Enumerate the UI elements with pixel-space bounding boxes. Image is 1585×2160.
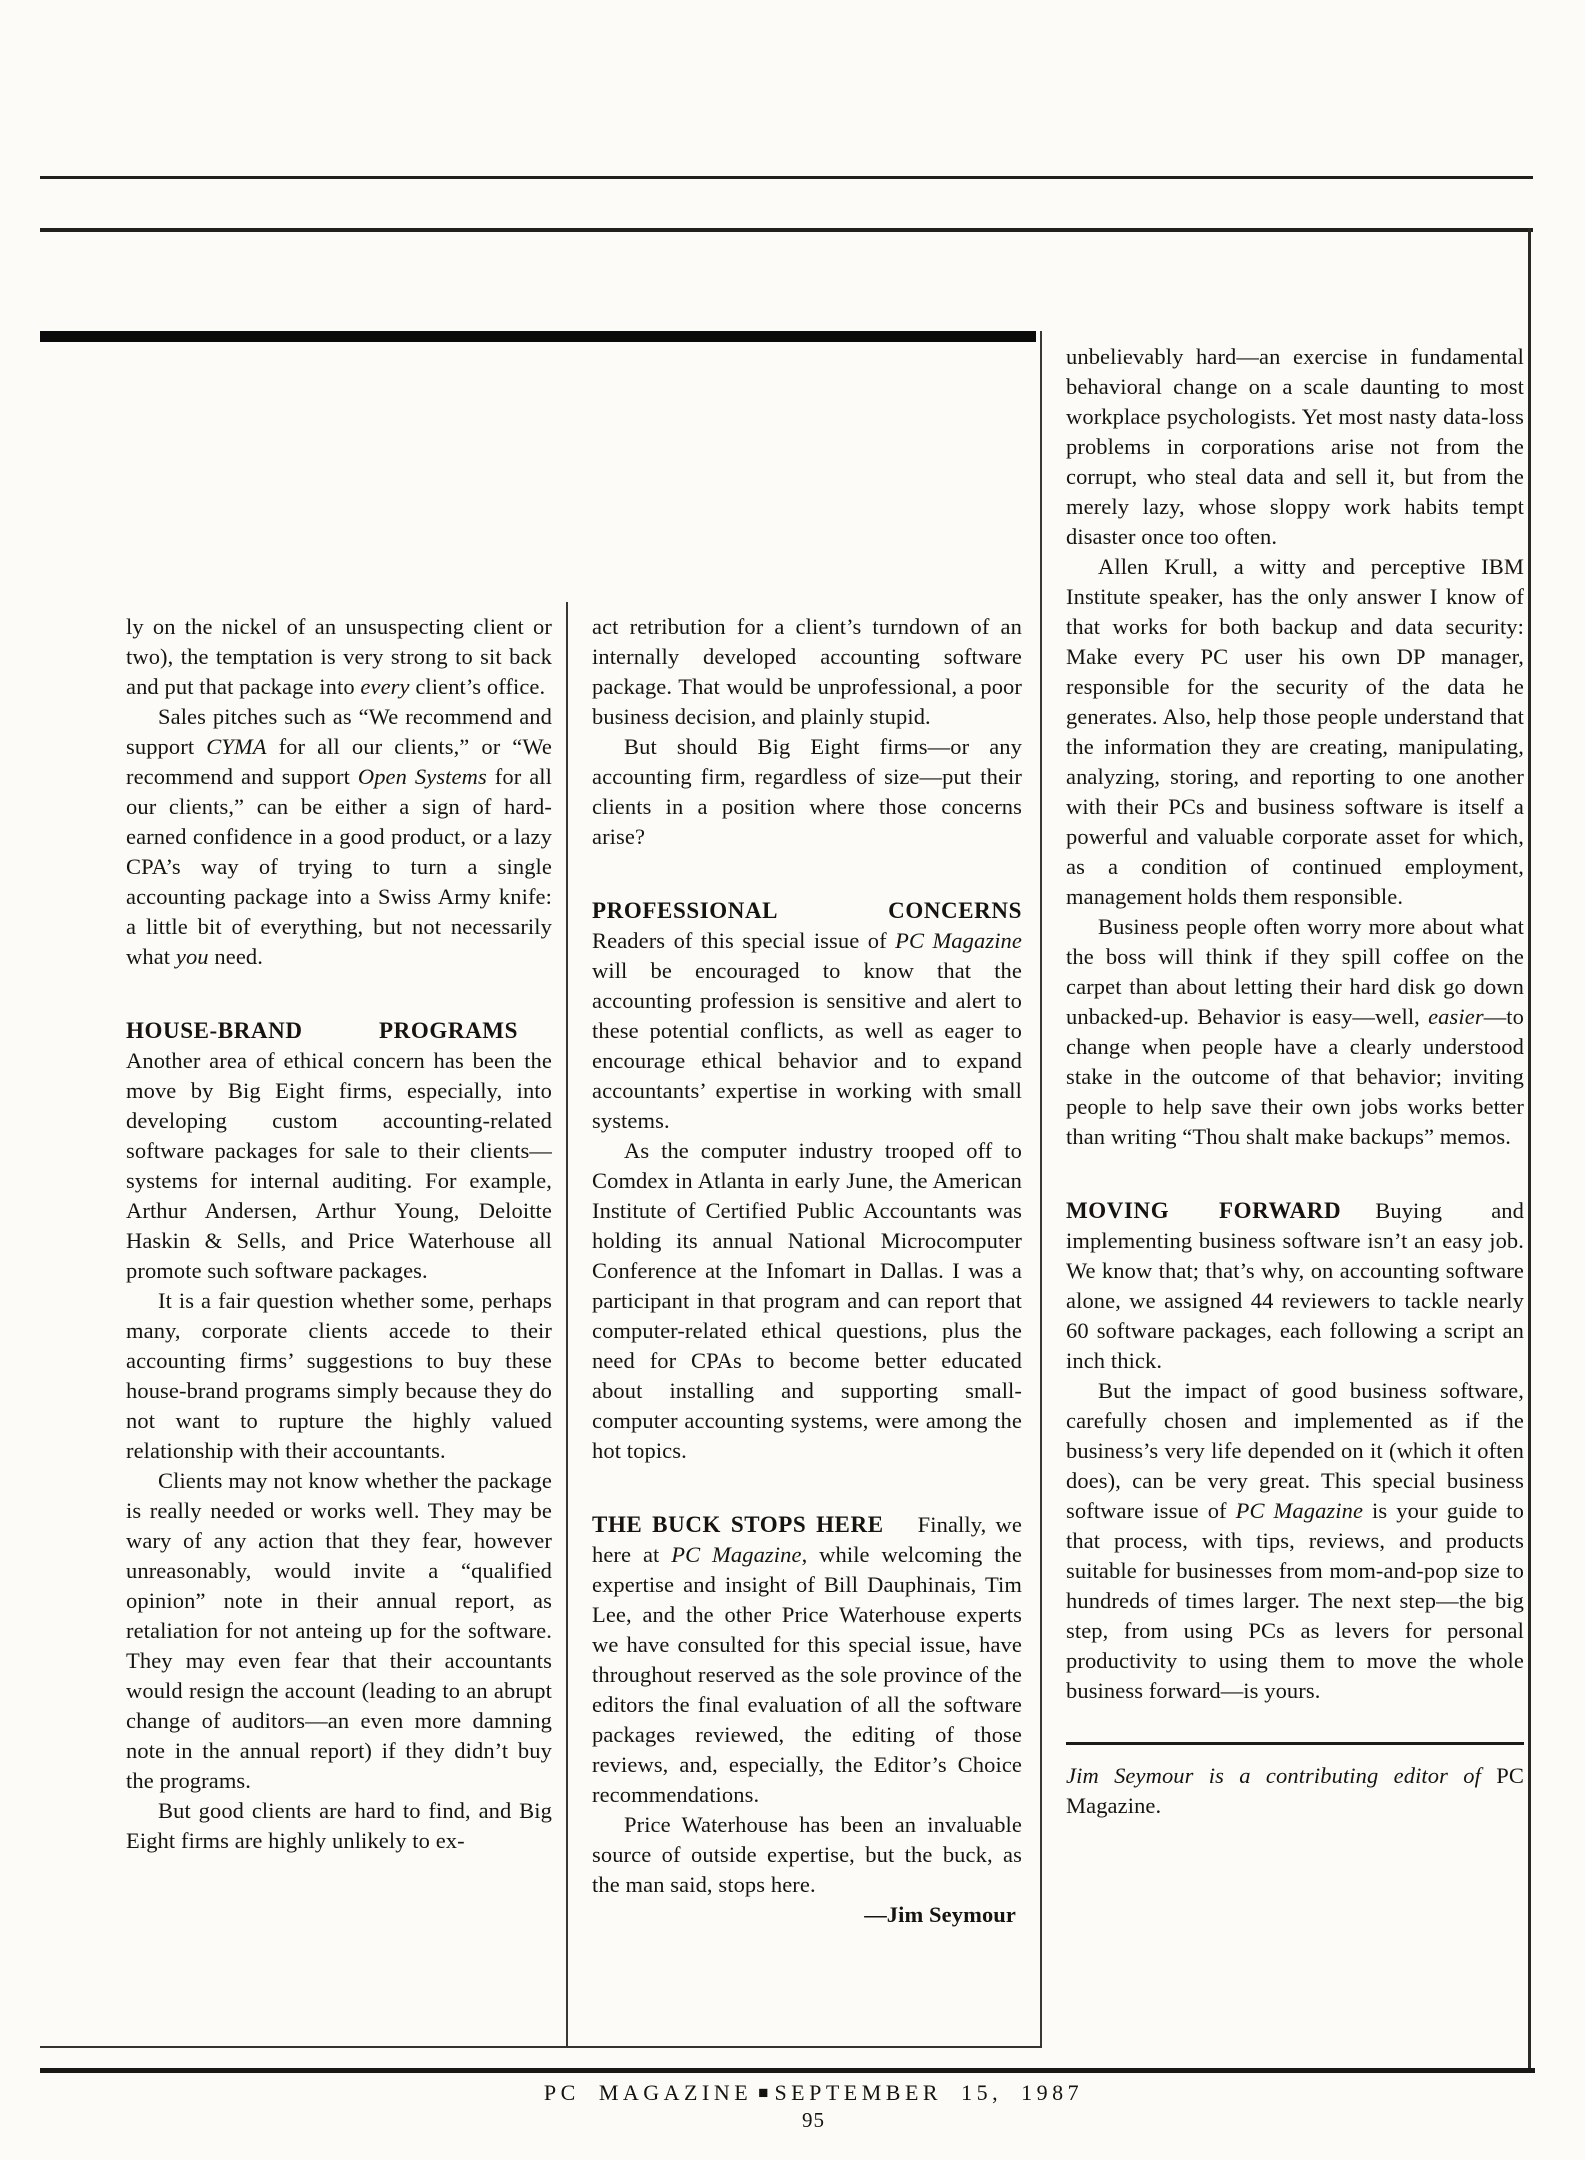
text-run: , while welcoming the expertise and insi… [592, 1542, 1022, 1807]
article-column-middle: act retribution for a client’s turndown … [592, 612, 1022, 2046]
text-run-italic: every [360, 674, 409, 699]
text-run: It is a fair question whether some, perh… [126, 1288, 552, 1463]
text-run: is your guide to that process, with tips… [1066, 1498, 1524, 1703]
article-column-right: unbelievably hard—an exercise in fundame… [1066, 342, 1524, 2050]
author-bio: Jim Seymour is a contributing editor of … [1066, 1742, 1524, 1821]
text-run: But good clients are hard to find, and B… [126, 1798, 552, 1853]
text-run: Clients may not know whether the package… [126, 1468, 552, 1793]
square-bullet-icon: ■ [752, 2083, 774, 2102]
bottom-rule-heavy [40, 2068, 1535, 2073]
paragraph: But the impact of good business software… [1066, 1376, 1524, 1706]
text-run: But should Big Eight firms—or any accoun… [592, 734, 1022, 849]
text-run: Price Waterhouse has been an invaluable … [592, 1812, 1022, 1897]
text-run: will be encouraged to know that the acco… [592, 958, 1022, 1133]
text-run: Buying and implementing business softwar… [1066, 1198, 1524, 1373]
text-run: for all our clients,” can be either a si… [126, 764, 552, 969]
paragraph: act retribution for a client’s turndown … [592, 612, 1022, 732]
page-right-border [1528, 228, 1531, 2070]
magazine-page: ly on the nickel of an unsuspecting clie… [0, 0, 1585, 2160]
text-run-italic: easier [1428, 1004, 1484, 1029]
run-in-heading: HOUSE-BRAND PROGRAMS [126, 1018, 552, 1043]
paragraph: It is a fair question whether some, perh… [126, 1286, 552, 1466]
paragraph: As the computer industry trooped off to … [592, 1136, 1022, 1466]
header-crop-bar [40, 331, 1036, 342]
text-run-italic: PC Magazine [671, 1542, 801, 1567]
section-heading: PROFESSIONAL CONCERNS [592, 896, 1022, 926]
bottom-rule-thin [40, 2046, 1042, 2048]
paragraph: But good clients are hard to find, and B… [126, 1796, 552, 1856]
paragraph: Price Waterhouse has been an invaluable … [592, 1810, 1022, 1900]
text-run-italic: CYMA [206, 734, 266, 759]
text-run: client’s office. [410, 674, 546, 699]
text-run: unbelievably hard—an exercise in fundame… [1066, 344, 1524, 549]
text-run: need. [209, 944, 263, 969]
paragraph: ly on the nickel of an unsuspecting clie… [126, 612, 552, 702]
article-column-left: ly on the nickel of an unsuspecting clie… [126, 612, 552, 2046]
text-run: As the computer industry trooped off to … [592, 1138, 1022, 1463]
paragraph: But should Big Eight firms—or any accoun… [592, 732, 1022, 852]
paragraph: Allen Krull, a witty and perceptive IBM … [1066, 552, 1524, 912]
run-in-heading: MOVING FORWARD [1066, 1198, 1375, 1223]
footer-magazine-line: PC MAGAZINE■SEPTEMBER 15, 1987 [90, 2080, 1537, 2106]
paragraph: unbelievably hard—an exercise in fundame… [1066, 342, 1524, 552]
byline-signature: —Jim Seymour [592, 1900, 1022, 1930]
column-divider-right [1040, 331, 1042, 2046]
text-run-italic: Open Systems [358, 764, 487, 789]
column-divider-left [566, 602, 568, 2046]
text-run-bold: —Jim Seymour [864, 1902, 1016, 1927]
paragraph: THE BUCK STOPS HEREFinally, we here at P… [592, 1510, 1022, 1810]
text-run-italic: PC Magazine [1236, 1498, 1363, 1523]
text-run: Allen Krull, a witty and perceptive IBM … [1066, 554, 1524, 909]
run-in-heading: THE BUCK STOPS HERE [592, 1512, 918, 1537]
text-run: act retribution for a client’s turndown … [592, 614, 1022, 729]
top-rule-2 [40, 228, 1533, 232]
text-run-italic: PC Magazine [895, 928, 1022, 953]
top-rule-1 [40, 176, 1533, 179]
text-run: Another area of ethical concern has been… [126, 1048, 552, 1283]
text-run-italic: you [176, 944, 209, 969]
paragraph: Business people often worry more about w… [1066, 912, 1524, 1152]
paragraph: Readers of this special issue of PC Maga… [592, 926, 1022, 1136]
paragraph: Clients may not know whether the package… [126, 1466, 552, 1796]
footer-date: SEPTEMBER 15, 1987 [774, 2080, 1083, 2105]
paragraph: HOUSE-BRAND PROGRAMSAnother area of ethi… [126, 1016, 552, 1286]
footer-brand: PC MAGAZINE [544, 2080, 752, 2105]
text-run-italic: Jim Seymour is a contributing editor of [1066, 1763, 1496, 1788]
text-run: Readers of this special issue of [592, 928, 895, 953]
page-number: 95 [90, 2108, 1537, 2133]
paragraph: MOVING FORWARDBuying and implementing bu… [1066, 1196, 1524, 1376]
paragraph: Sales pitches such as “We recommend and … [126, 702, 552, 972]
